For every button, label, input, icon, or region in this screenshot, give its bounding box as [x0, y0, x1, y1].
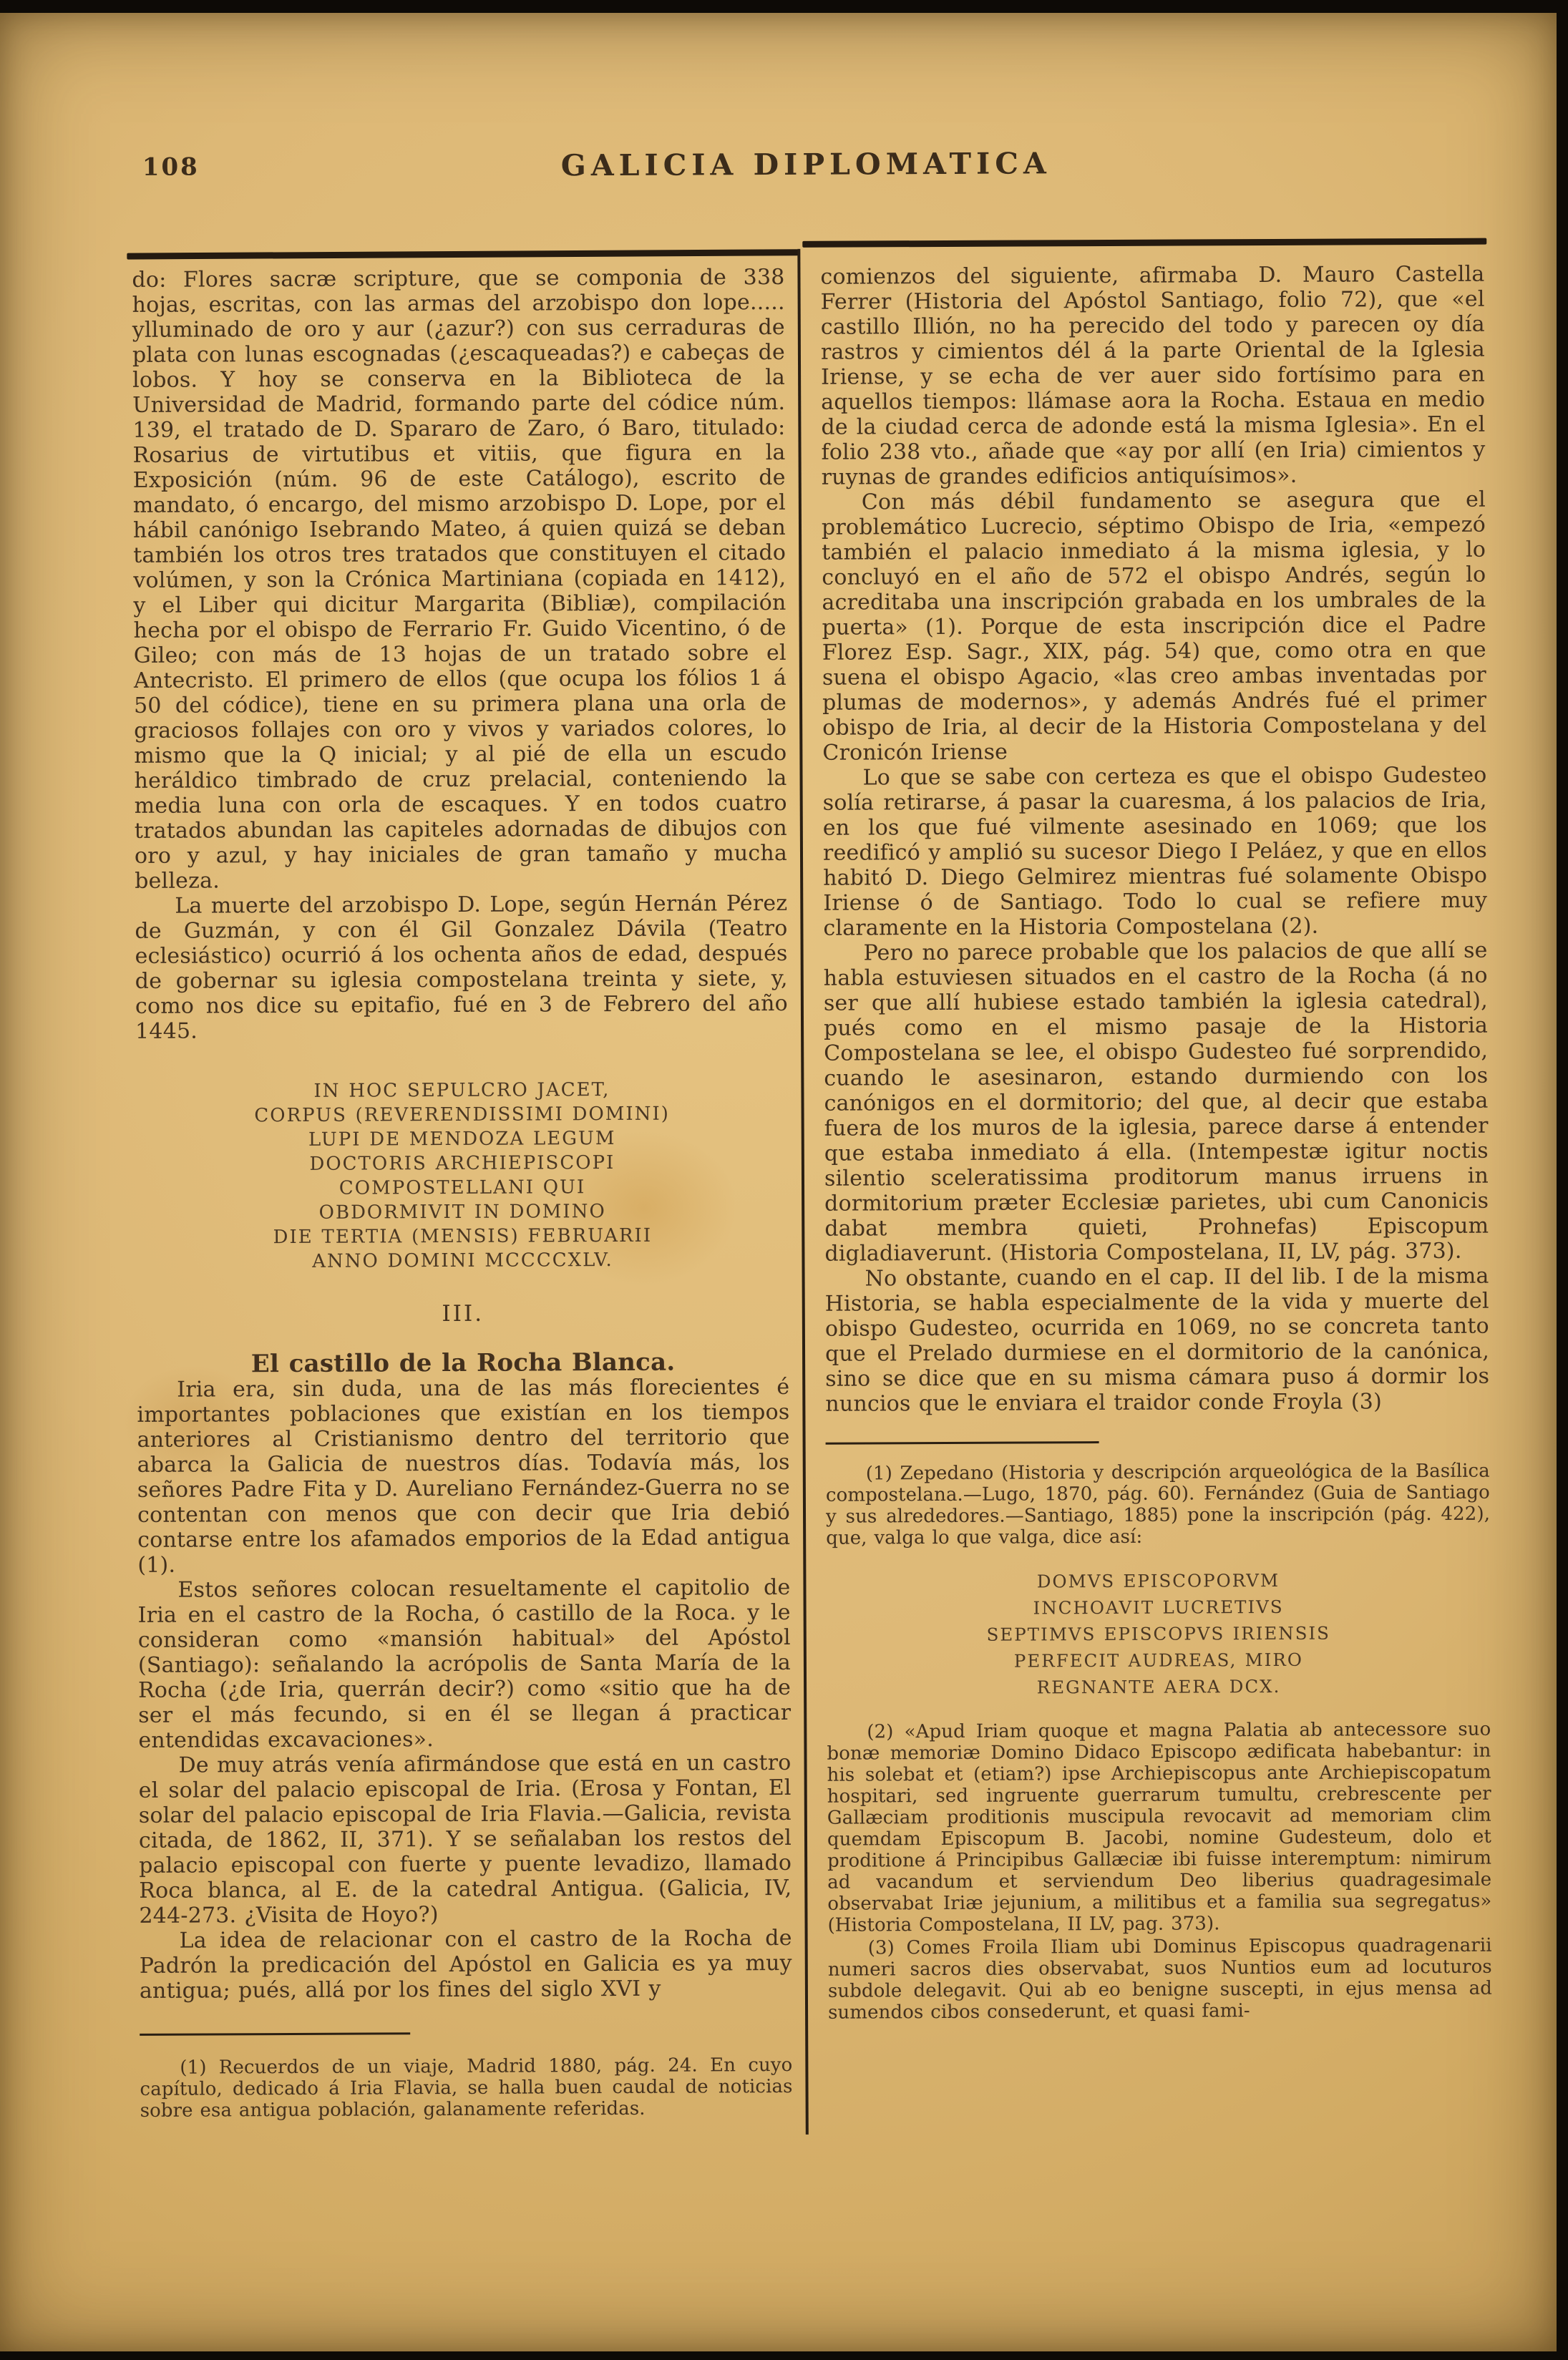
epitaph-line: DOCTORIS ARCHIEPISCOPI [136, 1150, 789, 1177]
inscription-line: REGNANTE AERA DCX. [827, 1672, 1491, 1702]
inscription-line: INCHOAVIT LUCRETIVS [827, 1593, 1491, 1622]
section-heading: El castillo de la Rocha Blanca. [137, 1350, 789, 1378]
paragraph: Pero no parece probable que los palacios… [824, 938, 1489, 1267]
right-column: comienzos del siguiente, afirmaba D. Mau… [820, 262, 1492, 2024]
paragraph: No obstante, cuando en el cap. II del li… [825, 1264, 1490, 1417]
header-rule-left [127, 249, 798, 259]
page-content: 108 GALICIA DIPLOMATICA do: Flores sacræ… [0, 9, 1562, 2354]
epitaph-line: CORPUS (REVERENDISSIMI DOMINI) [136, 1101, 789, 1128]
paragraph: De muy atrás venía afirmándose que está … [138, 1750, 792, 1929]
paragraph: La idea de relacionar con el castro de l… [140, 1926, 792, 2004]
paragraph: La muerte del arzobispo D. Lope, según H… [135, 891, 788, 1044]
epitaph-line: OBDORMIVIT IN DOMINO [136, 1199, 789, 1226]
left-column: do: Flores sacræ scripture, que se compo… [132, 265, 792, 2122]
paragraph: comienzos del siguiente, afirmaba D. Mau… [820, 262, 1485, 490]
footnote-rule [140, 2032, 410, 2036]
inscription-line: DOMVS EPISCOPORVM [826, 1566, 1490, 1596]
paragraph: do: Flores sacræ scripture, que se compo… [132, 265, 787, 894]
footnote: (3) Comes Froila Iliam ubi Dominus Episc… [828, 1935, 1493, 2024]
header-rule-right [802, 238, 1486, 248]
scanned-page: 108 GALICIA DIPLOMATICA do: Flores sacræ… [0, 13, 1557, 2351]
epitaph-line: IN HOC SEPULCRO JACET, [135, 1077, 788, 1104]
paragraph: Con más débil fundamento se asegura que … [822, 487, 1487, 766]
section-number: III. [137, 1300, 789, 1328]
footnote: (1) Zepedano (Historia y descripción arq… [826, 1461, 1491, 1549]
header-title: GALICIA DIPLOMATICA [125, 145, 1488, 185]
paragraph: Estos señores colocan resueltamente el c… [137, 1575, 791, 1753]
epitaph-line: ANNO DOMINI MCCCCXLV. [136, 1247, 789, 1274]
paragraph: Iria era, sin duda, una de las más flore… [137, 1375, 790, 1578]
inscription-line: SEPTIMVS EPISCOPVS IRIENSIS [827, 1619, 1491, 1649]
footnote-rule [826, 1441, 1099, 1445]
paragraph: Lo que se sabe con certeza es que el obi… [822, 763, 1487, 941]
column-divider [797, 249, 808, 2135]
inscription-block: DOMVS EPISCOPORVM INCHOAVIT LUCRETIVS SE… [826, 1566, 1491, 1702]
footnote: (1) Recuerdos de un viaje, Madrid 1880, … [140, 2054, 792, 2122]
epitaph-line: DIE TERTIA (MENSIS) FEBRUARII [136, 1223, 789, 1250]
epitaph-line: COMPOSTELLANI QUI [136, 1174, 789, 1201]
epitaph-block: IN HOC SEPULCRO JACET, CORPUS (REVERENDI… [135, 1077, 789, 1274]
epitaph-line: LUPI DE MENDOZA LEGUM [136, 1126, 789, 1153]
inscription-line: PERFECIT AUDREAS, MIRO [827, 1646, 1491, 1675]
footnote: (2) «Apud Iriam quoque et magna Palatia … [827, 1719, 1491, 1936]
